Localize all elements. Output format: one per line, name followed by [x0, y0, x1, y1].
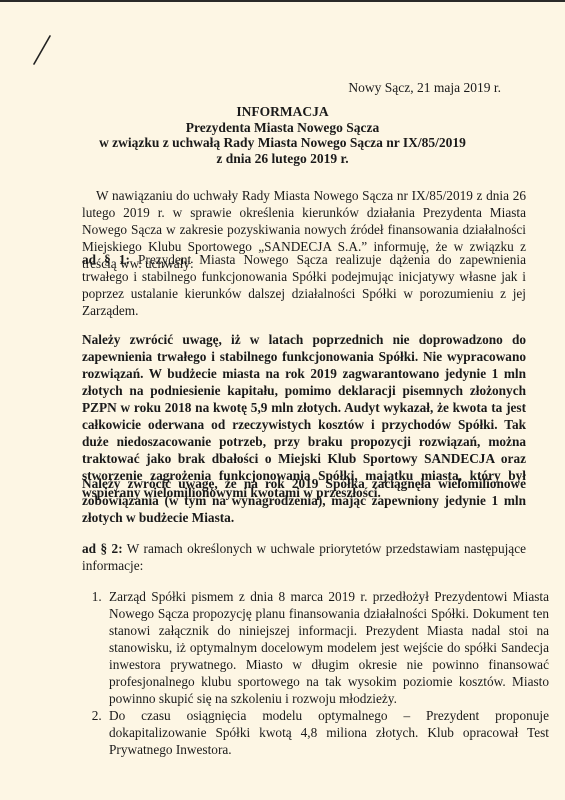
title-line-2: Prezydenta Miasta Nowego Sącza: [0, 120, 565, 136]
handwritten-mark-icon: [26, 30, 56, 70]
title-line-4: z dnia 26 lutego 2019 r.: [0, 151, 565, 167]
title-line-3: w związku z uchwałą Rady Miasta Nowego S…: [0, 135, 565, 151]
title-line-1: INFORMACJA: [0, 104, 565, 120]
section-1-text: Prezydent Miasta Nowego Sącza realizuje …: [82, 252, 526, 318]
scan-edge-line: [0, 0, 565, 2]
section-2-paragraph: ad § 2: W ramach określonych w uchwale p…: [82, 540, 526, 574]
section-1-label: ad § 1:: [82, 252, 130, 267]
section-1-paragraph: ad § 1: Prezydent Miasta Nowego Sącza re…: [82, 251, 526, 319]
section-2-label: ad § 2:: [82, 541, 123, 556]
list-item: Do czasu osiągnięcia modelu optymalnego …: [105, 707, 549, 758]
date-line: Nowy Sącz, 21 maja 2019 r.: [348, 80, 501, 96]
document-title: INFORMACJA Prezydenta Miasta Nowego Sącz…: [0, 104, 565, 166]
bold-paragraph-2: Należy zwrócić uwagę, że na rok 2019 Spó…: [82, 475, 526, 526]
list-item: Zarząd Spółki pismem z dnia 8 marca 2019…: [105, 588, 549, 707]
section-2-text: W ramach określonych w uchwale priorytet…: [82, 541, 526, 573]
numbered-list: Zarząd Spółki pismem z dnia 8 marca 2019…: [82, 588, 549, 758]
